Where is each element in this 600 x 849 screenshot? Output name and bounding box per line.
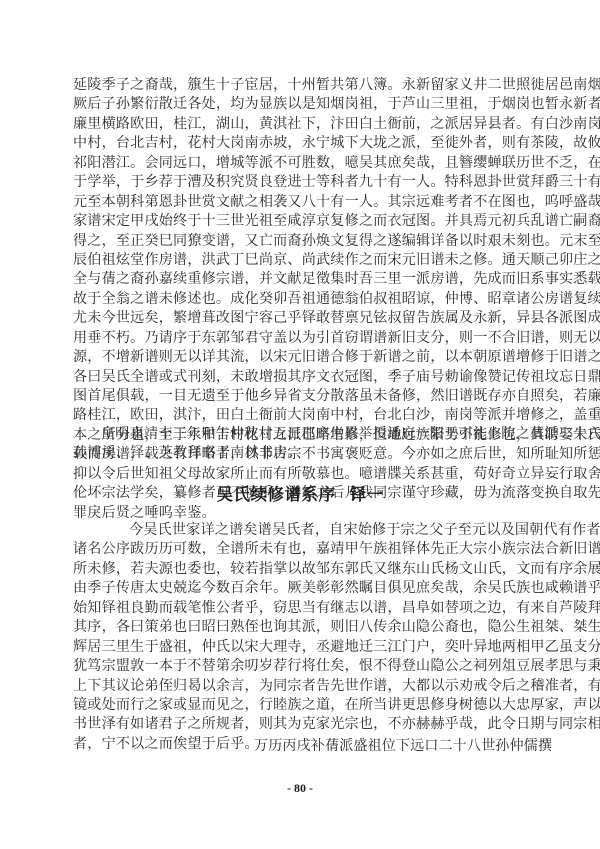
text-line: 尤未今世远矣，繁增葺改图宁容己乎铎敢替禀兄铉叔留告族属及永新，异县各派图成厥美 bbox=[73, 309, 535, 328]
text-line: 源，不增新谱则无以详其流，以宋元旧谱合修于新谱之前，以本朝原谱增修于旧谱之后， bbox=[73, 348, 535, 367]
text-line: 路桂江，欧田，淇汴，田白土衙前大岗南中村，台北白沙，南岗等派并增修之，盖重吾一 bbox=[73, 406, 535, 425]
text-line: 全与蒨之裔孙嘉续重修宗谱，并文献足徵集时吾三里一派房谱，先成而旧系事实悉载无漏， bbox=[73, 270, 535, 289]
section-title: 吴氏续修谱系序铎一 bbox=[0, 481, 600, 505]
text-line: 孙博溪、铎、英教拜书于南林书房。 bbox=[73, 444, 535, 463]
text-line: 祁阳潜江。会同远口，增城等派不可胜数，噫吴其庶矣哉，且簪缨蝉联历世不乏，在宋升 bbox=[73, 154, 535, 173]
document-page: 延陵季子之裔哉，籏生十子宦居，十州暂共第八簿。永新留家义井二世照徙居邑南烟岗， … bbox=[0, 0, 600, 849]
text-line: 厥后子孙繁衍散迁各处，均为显族以是知烟岗祖，于芦山三里祖，于烟岗也暂永新者。有 bbox=[73, 95, 535, 114]
text-line: 镜或处而行之家或显而见之，行睦族之道，在所当讲更思修身树德以大忠厚家，声以衍诗 bbox=[73, 696, 535, 715]
text-line: 皇明嘉靖十三年甲午仲秋廿五日郡庠生累举授潘府一阳王引礼上院之蒨派二十六世 bbox=[73, 425, 535, 444]
text-line: 诸名公序跋历历可数，全谱所未有也，嘉靖甲午族祖铎体先正大宗小族宗法合新旧谱而增 bbox=[73, 540, 535, 559]
text-line: 各曰吴氏全谱或式刊刻，未敢增损其序文衣冠图，季子庙号勅谕像赞记传祖坟忘日鼎铭诸 bbox=[73, 368, 535, 387]
paragraph-sequel-preface: 今吴氏世家详之谱矣谱吴氏者，自宋始修于宗之父子至元以及国朝代有作者，观 诸名公序… bbox=[73, 521, 535, 754]
text-line: 元至本朝科第恩卦世赏文献之相袭又八十有一人。其宗远难考者不在图也，呜呼盛哉，吾 bbox=[73, 193, 535, 212]
text-line: 书世泽有如诸君子之所规者，则其为克家光宗也，不亦赫赫乎哉，此令日期与同宗相邑勉 bbox=[73, 715, 535, 734]
text-line: 所未修，若夫源也委也，较若指掌以故邹东郭氏又继东山氏杨文山氏，文而有序余展玩之， bbox=[73, 560, 535, 579]
text-line: 于学举，于乡荐于漕及积究贤良登进士等科者九十有一人。特科恩卦世赏拜爵三十有四人。 bbox=[73, 173, 535, 192]
text-line: 家谱宋定甲戌始终于十三世光祖至咸淳京复修之而衣冠图。并具焉元初兵乱谱亡嗣裔仁叟 bbox=[73, 212, 535, 231]
section-title-text: 吴氏续修谱系序 bbox=[217, 485, 336, 504]
section-title-author: 铎一 bbox=[350, 485, 384, 504]
signature-line: 万历丙戌补蒨派盛祖位下远口二十八世孙仲儒撰 bbox=[254, 735, 552, 755]
paragraph-dateline: 皇明嘉靖十三年甲午仲秋廿五日郡庠生累举授潘府一阳王引礼上院之蒨派二十六世 孙博溪… bbox=[73, 425, 535, 464]
text-line: 其序，各曰策弟也曰昭曰熟侄也询其派，则旧八传余山隐公裔也，隐公生祖桀、桀生伯祖， bbox=[73, 618, 535, 637]
text-line: 用垂不朽。乃请序于东郭邹君守盖以为引首窃谓谱新旧支分，则一不合旧谱，则无以考其 bbox=[73, 329, 535, 348]
text-line: 中村，台北吉村，花村大岗南赤坡，永宁城下大垅之派，至徙外者，则有茶陵，故攸虞县， bbox=[73, 134, 535, 153]
text-line: 廉里横路欧田，桂江，湖山，黄淇社下，汴田白土衙前，之派居异县者。有白沙南岗永和 bbox=[73, 115, 535, 134]
text-line: 延陵季子之裔哉，籏生十子宦居，十州暂共第八簿。永新留家义井二世照徙居邑南烟岗， bbox=[73, 76, 535, 95]
text-line: 辰伯祖炫堂作房谱，洪武丁巳尚京、尚武续作之而宋元旧谱未之修。通天顺己卯庄之裔孙 bbox=[73, 251, 535, 270]
text-line: 得之，至正癸巳同獠变谱，又亡而裔孙焕文复得之遂编辑详备以时艰未刻也。元末至正壬 bbox=[73, 232, 535, 251]
text-line: 犹笃宗盟敦一本于不替第余叨岁荐行将仕矣，恨不得登山隐公之祠列俎豆展孝思与秉笔者 bbox=[73, 657, 535, 676]
text-line: 图首尾俱载，一目无遗至于他乡异省支分散落虽未备修，然旧谱既存亦自照矣，若廉里横 bbox=[73, 387, 535, 406]
text-line: 故于全翁之谱未修述也。成化癸卯吾祖通德翁伯叔祖昭谅，仲博、昭章诸公房谱复续通修， bbox=[73, 290, 535, 309]
text-line: 上下其议论弟侄归曷以余言，为同宗者告先世作谱，大都以示劝戒令后之稽准者，有所睹 bbox=[73, 677, 535, 696]
text-line: 始知铎祖良勤而载笔惟公者乎，窃思当有继志以谱，昌阜如替项之边，有来自芦陵拜而询 bbox=[73, 599, 535, 618]
page-number: - 80 - bbox=[0, 781, 600, 796]
text-line: 由季子传唐太史兢迄今数百余年。厥美彰彰然瞩目俱见庶矣哉，余吴氏族也咸赖谱乎，是 bbox=[73, 579, 535, 598]
text-line: 今吴氏世家详之谱矣谱吴氏者，自宋始修于宗之父子至元以及国朝代有作者，观 bbox=[73, 521, 535, 540]
text-line: 辉居三里生于盛祖，仲氏以宋大理寺，丞避地迁三江门户，奕叶异地两相甲乙虽支分源远， bbox=[73, 638, 535, 657]
